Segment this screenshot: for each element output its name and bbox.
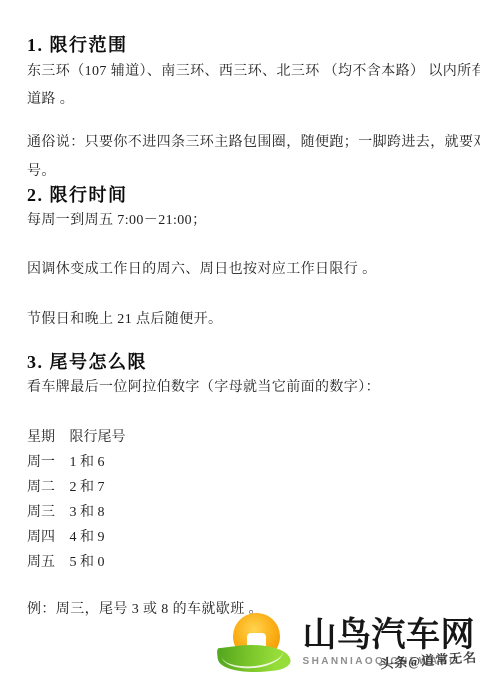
leaf-icon xyxy=(216,640,291,678)
table-header-row: 星期 限行尾号 xyxy=(27,428,455,448)
paragraph-line: 道路 。 xyxy=(27,90,455,110)
section-2-heading: 2. 限行时间 xyxy=(27,183,455,207)
sun-leaf-logo-icon xyxy=(219,610,299,674)
table-header-tails: 限行尾号 xyxy=(70,430,126,445)
table-cell-tails: 1 和 6 xyxy=(70,455,105,470)
document-content: 1. 限行范围 东三环（107 辅道）、南三环、西三环、北三环 （均不含本路） … xyxy=(0,0,480,620)
table-cell-day: 周五 xyxy=(27,553,57,573)
paragraph-line: 东三环（107 辅道）、南三环、西三环、北三环 （均不含本路） 以内所有 xyxy=(27,62,455,82)
table-cell-day: 周四 xyxy=(27,528,57,548)
table-cell-day: 周一 xyxy=(27,453,57,473)
table-cell-tails: 4 和 9 xyxy=(70,530,105,545)
table-row: 周四 4 和 9 xyxy=(27,528,455,548)
table-cell-day: 周二 xyxy=(27,478,57,498)
table-cell-tails: 5 和 0 xyxy=(70,555,105,570)
table-header-day: 星期 xyxy=(27,428,57,448)
table-cell-tails: 2 和 7 xyxy=(70,480,105,495)
section-3-heading: 3. 尾号怎么限 xyxy=(27,350,455,374)
table-row: 周五 5 和 0 xyxy=(27,553,455,573)
paragraph-line: 号。 xyxy=(27,162,455,182)
paragraph-line: 节假日和晚上 21 点后随便开。 xyxy=(27,310,455,330)
table-row: 周一 1 和 6 xyxy=(27,453,455,473)
table-row: 周二 2 和 7 xyxy=(27,478,455,498)
paragraph-line: 看车牌最后一位阿拉伯数字（字母就当它前面的数字）： xyxy=(27,378,455,398)
paragraph-line: 因调休变成工作日的周六、周日也按对应工作日限行 。 xyxy=(27,260,455,280)
paragraph-line: 通俗说：只要你不进四条三环主路包围圈，随便跑；一脚跨进去，就要对尾 xyxy=(27,133,455,153)
paragraph-line: 每周一到周五 7:00－21:00； xyxy=(27,211,455,231)
document-page: 1. 限行范围 东三环（107 辅道）、南三环、西三环、北三环 （均不含本路） … xyxy=(0,0,480,679)
section-1-heading: 1. 限行范围 xyxy=(27,33,455,57)
table-row: 周三 3 和 8 xyxy=(27,503,455,523)
table-cell-day: 周三 xyxy=(27,503,57,523)
table-cell-tails: 3 和 8 xyxy=(70,505,105,520)
